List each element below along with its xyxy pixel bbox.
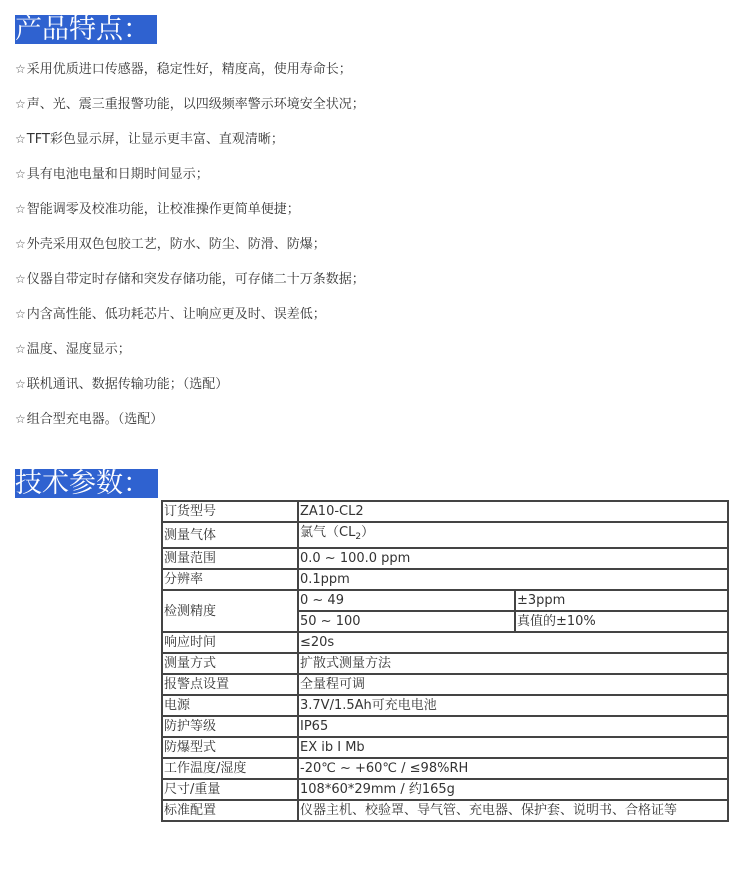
- table-row: 标准配置 仪器主机、校验罩、导气管、充电器、保护套、说明书、合格证等: [162, 800, 728, 821]
- feature-item: ☆组合型充电器。（选配）: [15, 410, 365, 445]
- feature-item: ☆采用优质进口传感器，稳定性好，精度高，使用寿命长；: [15, 60, 365, 95]
- spec-label: 分辨率: [162, 569, 298, 590]
- spec-value: 0.0 ~ 100.0 ppm: [298, 548, 728, 569]
- spec-value: ≤20s: [298, 632, 728, 653]
- star-icon: ☆: [15, 202, 26, 216]
- spec-label: 防护等级: [162, 716, 298, 737]
- star-icon: ☆: [15, 132, 26, 146]
- table-row: 响应时间 ≤20s: [162, 632, 728, 653]
- spec-value: 3.7V/1.5Ah可充电电池: [298, 695, 728, 716]
- spec-value: EX ib Ⅰ Mb: [298, 737, 728, 758]
- spec-label: 订货型号: [162, 501, 298, 522]
- spec-table: 订货型号 ZA10-CL2 测量气体 氯气（CL2） 测量范围 0.0 ~ 10…: [161, 500, 729, 822]
- table-row: 测量范围 0.0 ~ 100.0 ppm: [162, 548, 728, 569]
- spec-value: 仪器主机、校验罩、导气管、充电器、保护套、说明书、合格证等: [298, 800, 728, 821]
- feature-item: ☆TFT彩色显示屏，让显示更丰富、直观清晰；: [15, 130, 365, 165]
- table-row: 检测精度 0 ~ 49 ±3ppm: [162, 590, 728, 611]
- spec-value: 扩散式测量方法: [298, 653, 728, 674]
- spec-label: 报警点设置: [162, 674, 298, 695]
- star-icon: ☆: [15, 412, 26, 426]
- spec-label: 标准配置: [162, 800, 298, 821]
- feature-item: ☆内含高性能、低功耗芯片、让响应更及时、误差低；: [15, 305, 365, 340]
- accuracy-range: 50 ~ 100: [298, 611, 515, 632]
- feature-item: ☆外壳采用双色包胶工艺，防水、防尘、防滑、防爆；: [15, 235, 365, 270]
- table-row: 测量方式 扩散式测量方法: [162, 653, 728, 674]
- feature-item: ☆仪器自带定时存储和突发存储功能，可存储二十万条数据；: [15, 270, 365, 305]
- feature-item: ☆具有电池电量和日期时间显示；: [15, 165, 365, 200]
- feature-item: ☆智能调零及校准功能，让校准操作更简单便捷；: [15, 200, 365, 235]
- spec-value: ZA10-CL2: [298, 501, 728, 522]
- spec-label: 工作温度/湿度: [162, 758, 298, 779]
- spec-label: 电源: [162, 695, 298, 716]
- table-row: 测量气体 氯气（CL2）: [162, 522, 728, 548]
- star-icon: ☆: [15, 377, 26, 391]
- spec-value: 0.1ppm: [298, 569, 728, 590]
- spec-value: 108*60*29mm / 约165g: [298, 779, 728, 800]
- table-row: 报警点设置 全量程可调: [162, 674, 728, 695]
- spec-value: -20℃ ~ +60℃ / ≤98%RH: [298, 758, 728, 779]
- accuracy-value: 真值的±10%: [515, 611, 728, 632]
- spec-value: IP65: [298, 716, 728, 737]
- features-list: ☆采用优质进口传感器，稳定性好，精度高，使用寿命长； ☆声、光、震三重报警功能，…: [15, 60, 365, 445]
- star-icon: ☆: [15, 167, 26, 181]
- spec-label: 测量方式: [162, 653, 298, 674]
- star-icon: ☆: [15, 272, 26, 286]
- table-row: 工作温度/湿度 -20℃ ~ +60℃ / ≤98%RH: [162, 758, 728, 779]
- star-icon: ☆: [15, 342, 26, 356]
- accuracy-value: ±3ppm: [515, 590, 728, 611]
- table-row: 尺寸/重量 108*60*29mm / 约165g: [162, 779, 728, 800]
- spec-label: 响应时间: [162, 632, 298, 653]
- star-icon: ☆: [15, 62, 26, 76]
- spec-label: 防爆型式: [162, 737, 298, 758]
- spec-label: 测量气体: [162, 522, 298, 548]
- spec-label: 测量范围: [162, 548, 298, 569]
- table-row: 防护等级 IP65: [162, 716, 728, 737]
- star-icon: ☆: [15, 97, 26, 111]
- table-row: 电源 3.7V/1.5Ah可充电电池: [162, 695, 728, 716]
- spec-value: 全量程可调: [298, 674, 728, 695]
- specs-heading: 技术参数：: [15, 469, 158, 498]
- accuracy-range: 0 ~ 49: [298, 590, 515, 611]
- table-row: 订货型号 ZA10-CL2: [162, 501, 728, 522]
- table-row: 防爆型式 EX ib Ⅰ Mb: [162, 737, 728, 758]
- feature-item: ☆温度、湿度显示；: [15, 340, 365, 375]
- table-row: 分辨率 0.1ppm: [162, 569, 728, 590]
- spec-value: 氯气（CL2）: [298, 522, 728, 548]
- star-icon: ☆: [15, 237, 26, 251]
- feature-item: ☆声、光、震三重报警功能，以四级频率警示环境安全状况；: [15, 95, 365, 130]
- star-icon: ☆: [15, 307, 26, 321]
- spec-label: 检测精度: [162, 590, 298, 632]
- feature-item: ☆联机通讯、数据传输功能；（选配）: [15, 375, 365, 410]
- spec-label: 尺寸/重量: [162, 779, 298, 800]
- features-heading: 产品特点：: [15, 15, 157, 44]
